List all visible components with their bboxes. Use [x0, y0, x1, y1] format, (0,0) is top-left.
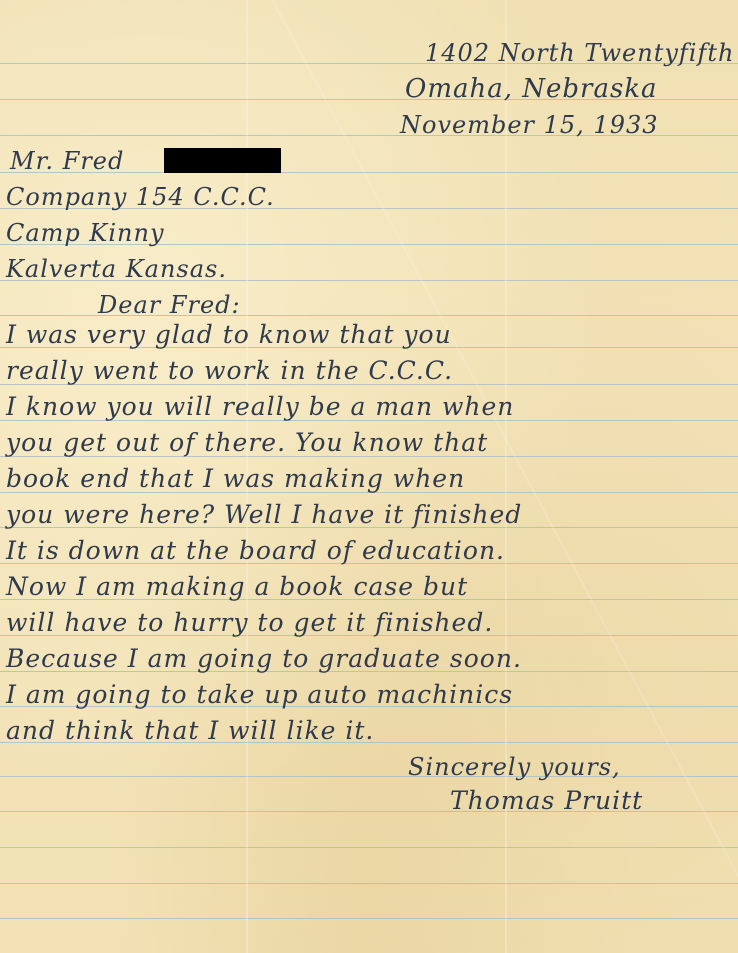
recipient-company: Company 154 C.C.C. — [6, 182, 275, 212]
signature: Thomas Pruitt — [450, 786, 643, 816]
body-line: you get out of there. You know that — [6, 428, 488, 458]
return-address-line2: Omaha, Nebraska — [405, 74, 658, 104]
recipient-location: Kalverta Kansas. — [6, 254, 227, 284]
body-line: will have to hurry to get it finished. — [6, 608, 493, 638]
recipient-name: Mr. Fred — [10, 146, 124, 176]
body-line: you were here? Well I have it finished — [6, 500, 522, 530]
ruled-line — [0, 776, 738, 777]
recipient-camp: Camp Kinny — [6, 218, 165, 248]
salutation: Dear Fred: — [98, 290, 241, 320]
body-line: really went to work in the C.C.C. — [6, 356, 453, 386]
ruled-line — [0, 918, 738, 919]
body-line: and think that I will like it. — [6, 716, 374, 746]
redaction-box — [164, 148, 281, 173]
letter-date: November 15, 1933 — [400, 110, 659, 140]
body-line: I was very glad to know that you — [6, 320, 452, 350]
body-line: I know you will really be a man when — [6, 392, 514, 422]
body-line: It is down at the board of education. — [6, 536, 505, 566]
closing: Sincerely yours, — [408, 752, 621, 782]
body-line: Because I am going to graduate soon. — [6, 644, 522, 674]
body-line: Now I am making a book case but — [6, 572, 468, 602]
body-line: I am going to take up auto machinics — [6, 680, 513, 710]
body-line: book end that I was making when — [6, 464, 465, 494]
letter-page: 1402 North Twentyfifth Omaha, Nebraska N… — [0, 0, 738, 953]
ruled-line — [0, 883, 738, 884]
return-address-line1: 1402 North Twentyfifth — [425, 38, 734, 68]
ruled-line — [0, 847, 738, 848]
